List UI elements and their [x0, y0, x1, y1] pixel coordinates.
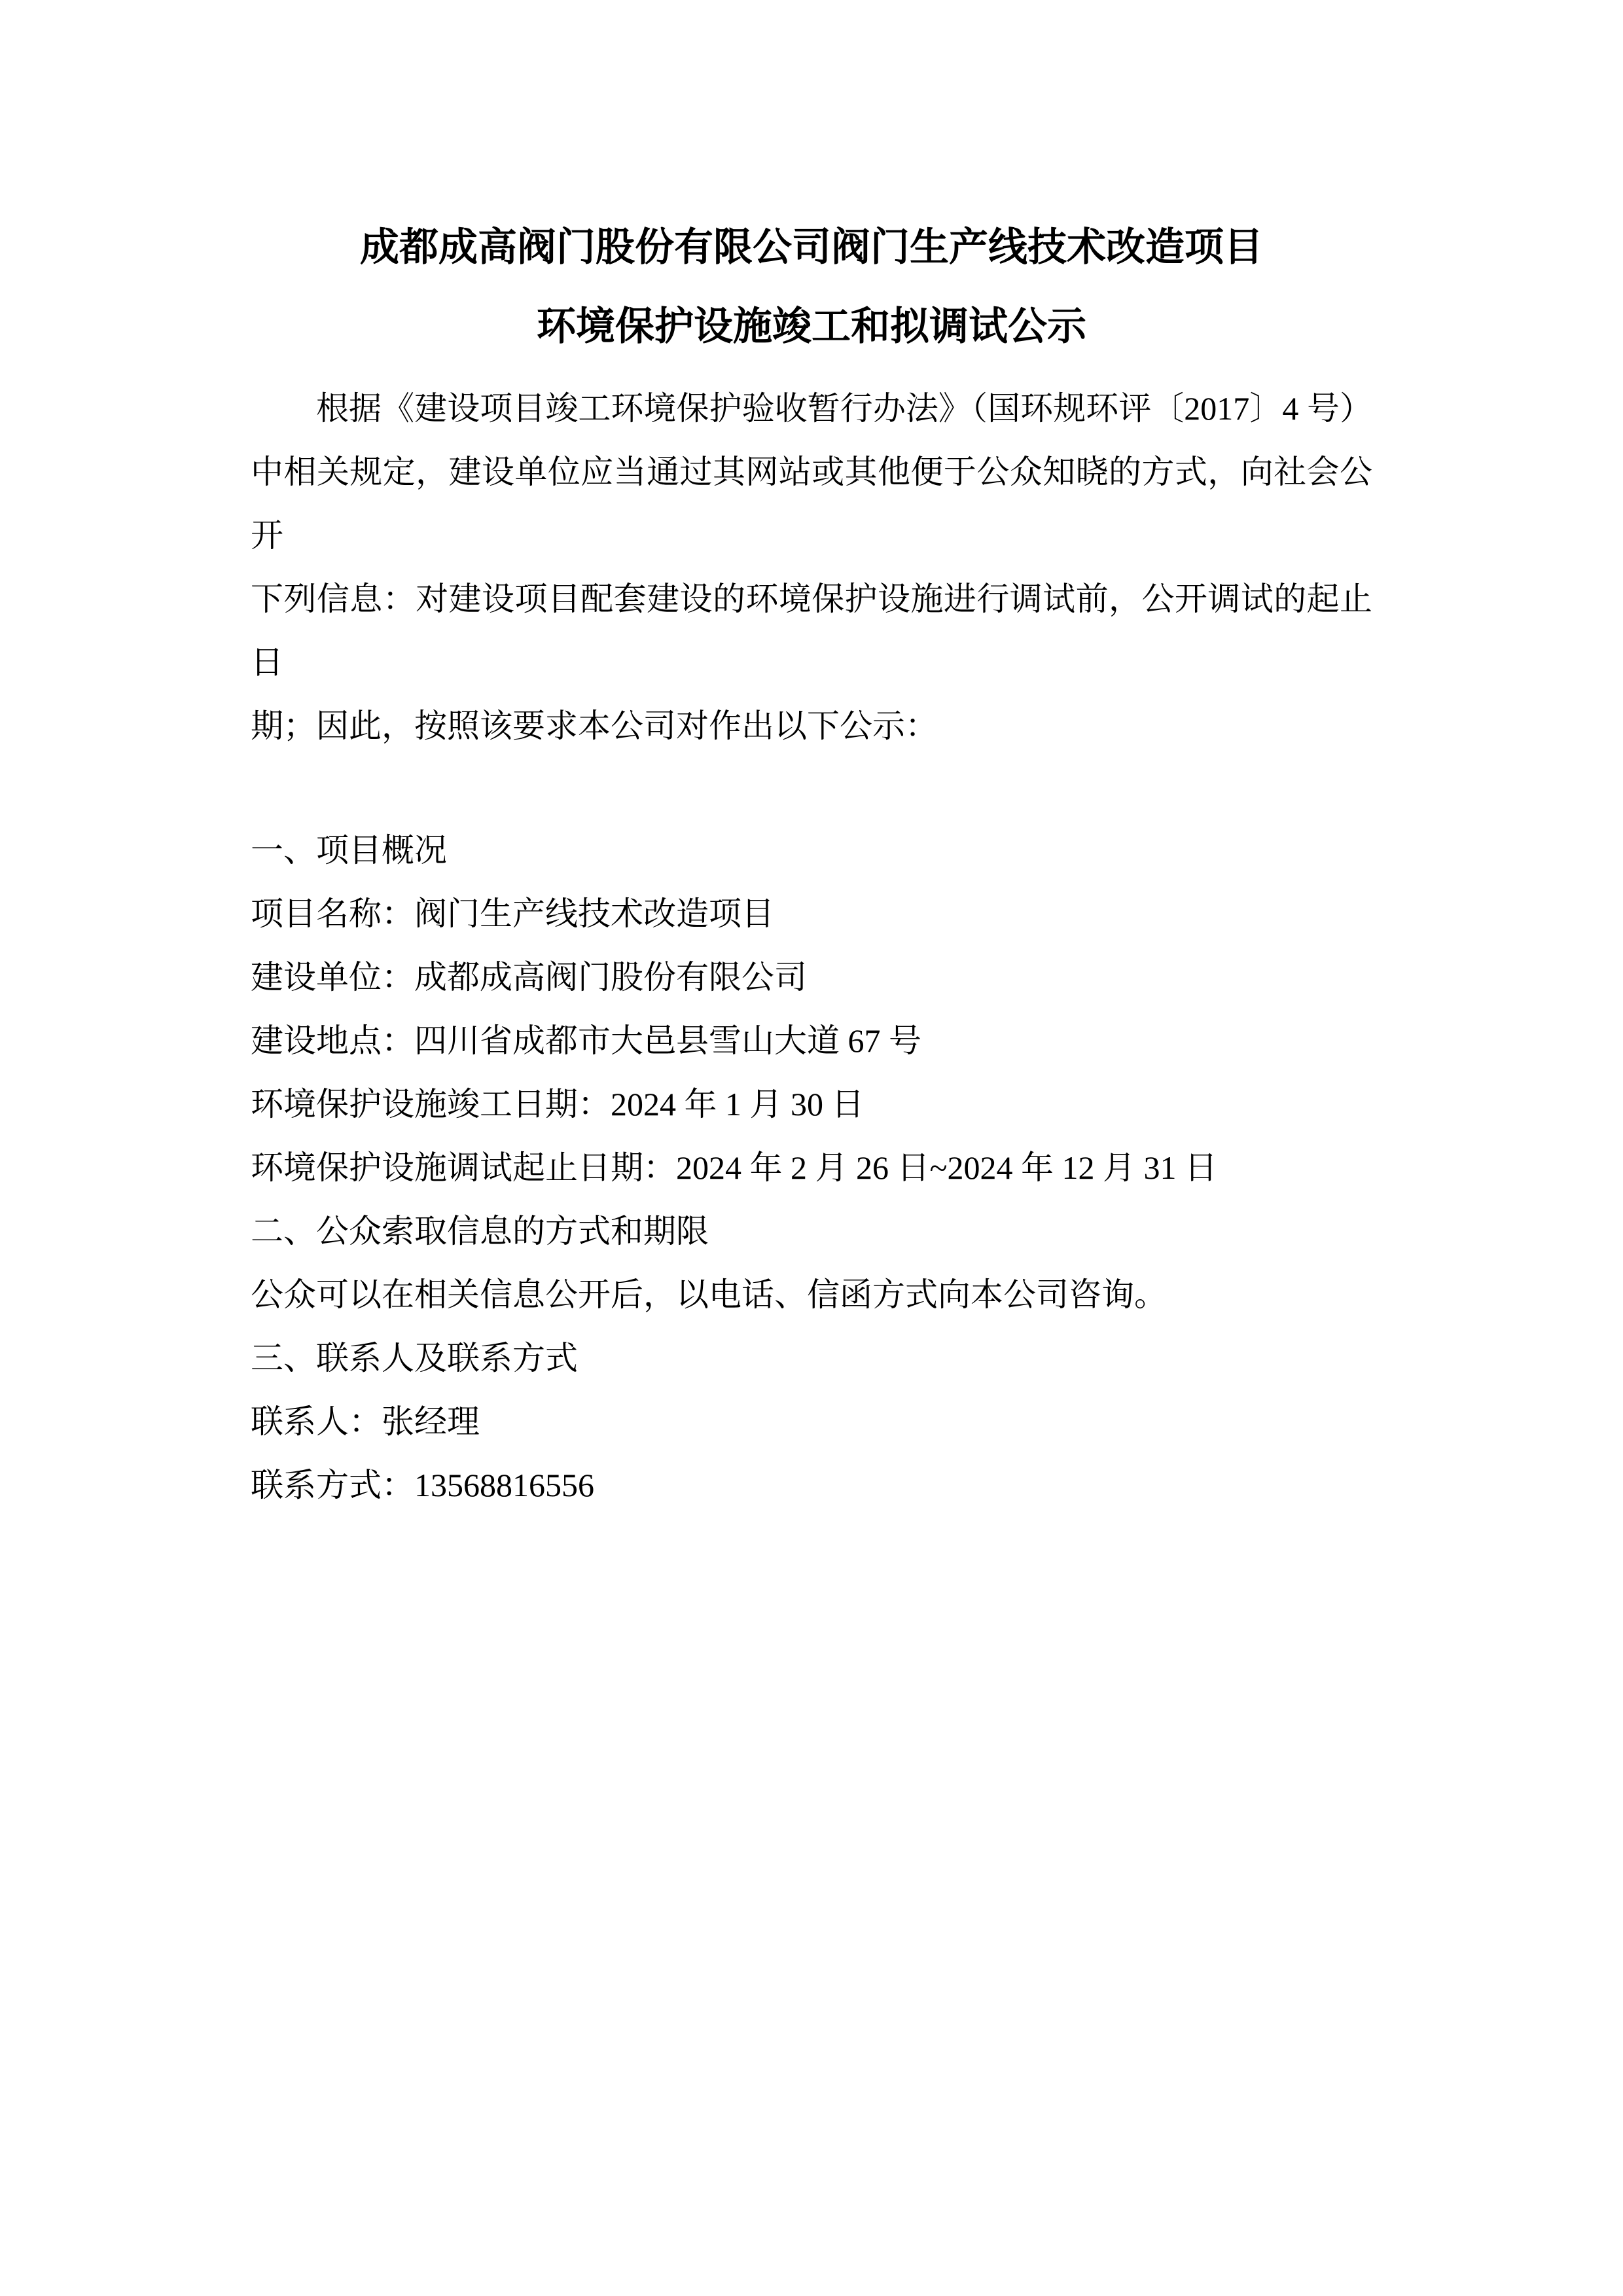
- document-title-line-2: 环境保护设施竣工和拟调试公示: [251, 287, 1372, 367]
- intro-paragraph-line-4: 期；因此，按照该要求本公司对作出以下公示：: [251, 694, 1372, 758]
- section-2-heading: 二、公众索取信息的方式和期限: [251, 1200, 1372, 1263]
- intro-paragraph: 根据《建设项目竣工环境保护验收暂行办法》（国环规环评〔2017〕4 号） 中相关…: [251, 377, 1372, 758]
- completion-date-line: 环境保护设施竣工日期：2024 年 1 月 30 日: [251, 1073, 1372, 1136]
- section-3-heading: 三、联系人及联系方式: [251, 1327, 1372, 1390]
- construction-site-line: 建设地点：四川省成都市大邑县雪山大道 67 号: [251, 1009, 1372, 1073]
- contact-phone-line: 联系方式：13568816556: [251, 1454, 1372, 1517]
- document-page: 成都成高阀门股份有限公司阀门生产线技术改造项目 环境保护设施竣工和拟调试公示 根…: [0, 0, 1623, 2296]
- intro-paragraph-line-3: 下列信息：对建设项目配套建设的环境保护设施进行调试前，公开调试的起止日: [251, 567, 1372, 694]
- intro-paragraph-line-1: 根据《建设项目竣工环境保护验收暂行办法》（国环规环评〔2017〕4 号）: [251, 377, 1372, 440]
- project-name-line: 项目名称：阀门生产线技术改造项目: [251, 882, 1372, 946]
- construction-unit-line: 建设单位：成都成高阀门股份有限公司: [251, 946, 1372, 1009]
- document-title: 成都成高阀门股份有限公司阀门生产线技术改造项目 环境保护设施竣工和拟调试公示: [251, 208, 1372, 367]
- section-1-heading: 一、项目概况: [251, 819, 1372, 882]
- contact-person-line: 联系人：张经理: [251, 1390, 1372, 1454]
- intro-paragraph-line-2: 中相关规定，建设单位应当通过其网站或其他便于公众知晓的方式，向社会公开: [251, 440, 1372, 567]
- notice-body: 一、项目概况 项目名称：阀门生产线技术改造项目 建设单位：成都成高阀门股份有限公…: [251, 819, 1372, 1517]
- public-inquiry-line: 公众可以在相关信息公开后，以电话、信函方式向本公司咨询。: [251, 1263, 1372, 1327]
- commissioning-period-line: 环境保护设施调试起止日期：2024 年 2 月 26 日~2024 年 12 月…: [251, 1136, 1372, 1200]
- document-title-line-1: 成都成高阀门股份有限公司阀门生产线技术改造项目: [251, 208, 1372, 287]
